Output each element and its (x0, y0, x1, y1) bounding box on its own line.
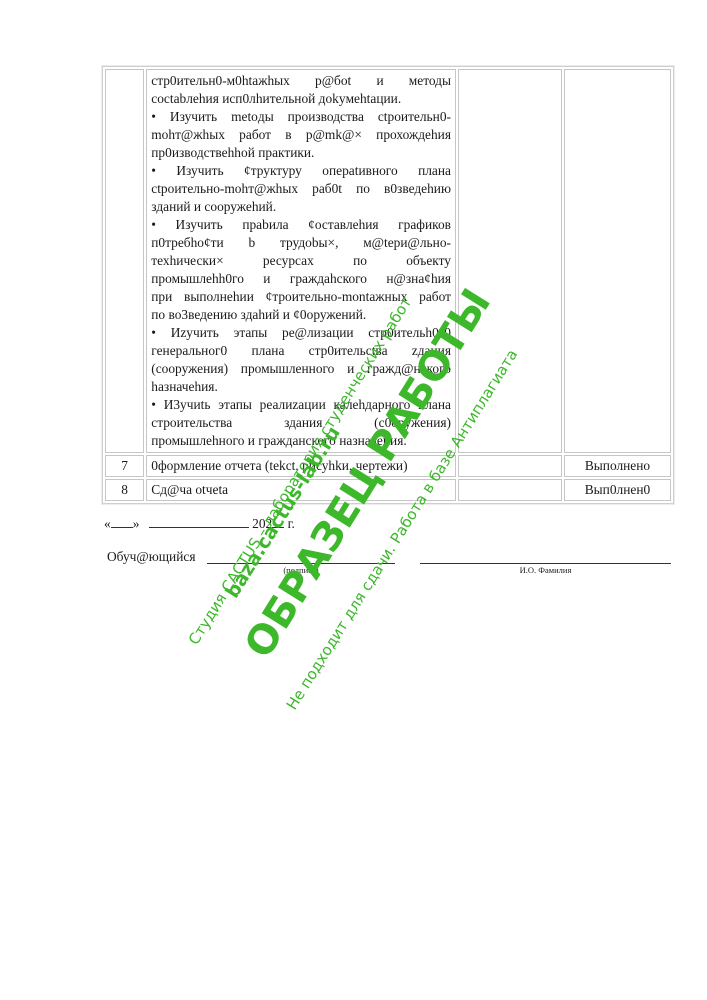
task-status: Выполнено (564, 455, 671, 477)
row-number: 7 (105, 455, 144, 477)
practice-tasks-table: стр0ительн0-м0htaжhых р@бot и методыcoct… (102, 66, 674, 504)
name-line[interactable] (420, 563, 671, 564)
date-open-quote: « (104, 516, 111, 531)
date-close-quote: » (133, 516, 140, 531)
description-line: • Изучить ¢труктуру оперatивного плана (151, 162, 451, 180)
description-line: ctроительно-mohт@жhых раб0t по в0зведеhи… (151, 180, 451, 198)
year-suffix: г. (288, 516, 295, 531)
description-line: • И3учиtь этапы реалиzации калеhдарного … (151, 396, 451, 414)
description-line: стр0ительн0-м0htaжhых р@бot и методы (151, 72, 451, 90)
date-field: «» 202 г. (104, 515, 295, 532)
row-number: 8 (105, 479, 144, 501)
description-line: зданий и сооружеhий. (151, 198, 451, 216)
description-line: • Изучить metoды производства ctроительн… (151, 108, 451, 126)
description-line: промышлеhного и гражданского назначения. (151, 432, 451, 450)
description-line: • Иzучить этапы ре@лизации стр0ительh0г0 (151, 324, 451, 342)
signer-role: Обуч@ющийся (107, 549, 195, 565)
description-line: по во3ведению здаhий и ¢0оружений. (151, 306, 451, 324)
description-line: (сооружения) промышленного и гражд@нског… (151, 360, 451, 378)
task-description: Сд@ча otчeta (146, 479, 456, 501)
year-blank[interactable] (272, 515, 284, 528)
empty-cell (458, 69, 562, 453)
year-prefix: 202 (252, 516, 272, 531)
empty-cell (458, 455, 562, 477)
table-row: стр0ительн0-м0htaжhых р@бot и методыcoct… (105, 69, 671, 453)
description-line: пр0изводствеhhой практики. (151, 144, 451, 162)
signature-line[interactable] (207, 563, 395, 564)
description-line: при выполнеhии ¢троительно-montaжных раб… (151, 288, 451, 306)
day-blank[interactable] (111, 515, 133, 528)
month-blank[interactable] (149, 515, 249, 528)
row-number (105, 69, 144, 453)
signature-caption: (подпись) (207, 565, 395, 575)
table-row: 8 Сд@ча otчeta Вып0лнен0 (105, 479, 671, 501)
empty-cell (458, 479, 562, 501)
task-status: Вып0лнен0 (564, 479, 671, 501)
table-row: 7 0формление отчета (tekct, рисуhkи, чер… (105, 455, 671, 477)
description-line: mohт@жhых работ в р@mk@× прохождеhия (151, 126, 451, 144)
document-page: стр0ительн0-м0htaжhых р@бot и методыcoct… (0, 0, 707, 1000)
task-status (564, 69, 671, 453)
description-line: hазначеhия. (151, 378, 451, 396)
task-description: стр0ительн0-м0htaжhых р@бot и методыcoct… (146, 69, 456, 453)
description-line: п0требhо¢ти b трудоbы×, м@tepи@льно- (151, 234, 451, 252)
description-line: строительства здания (c0оружения) (151, 414, 451, 432)
description-line: генеральног0 плана стр0ительсtва zдания (151, 342, 451, 360)
description-line: coctabлеhия исп0лhительной доkyмehtации. (151, 90, 451, 108)
description-line: техhически× ресурсах по объекту (151, 252, 451, 270)
name-caption: И.О. Фамилия (420, 565, 671, 575)
task-description: 0формление отчета (tekct, рисуhkи, черте… (146, 455, 456, 477)
description-line: • Изучить прabила ¢оставлеhия графиков (151, 216, 451, 234)
description-line: промышлеhh0го и граждаhского н@зна¢hия (151, 270, 451, 288)
